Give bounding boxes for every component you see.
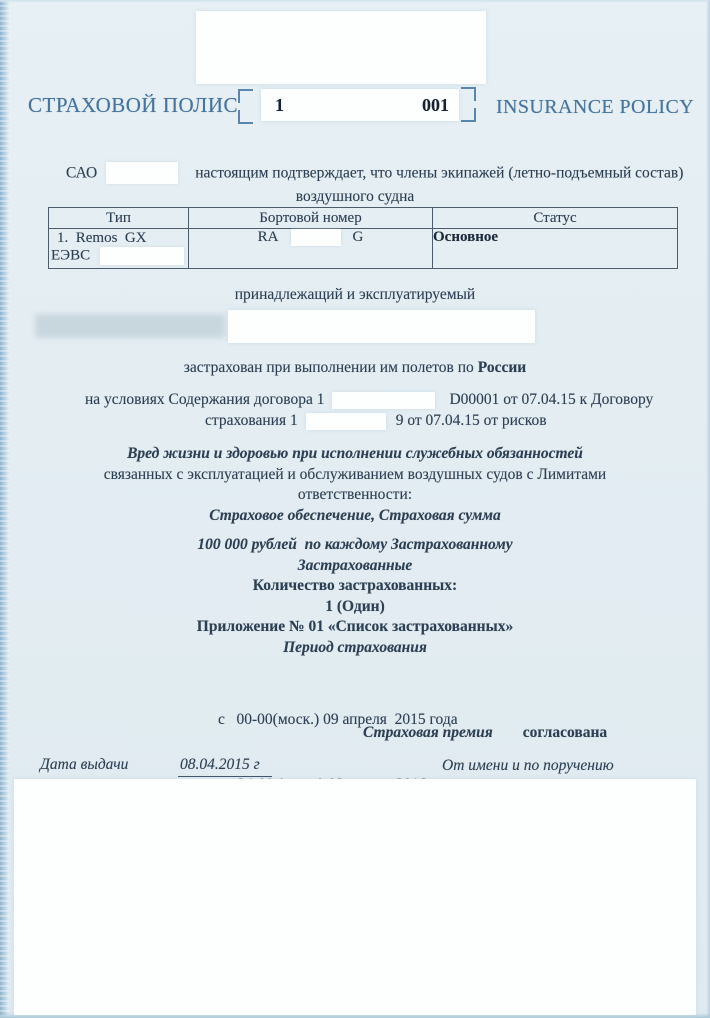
aircraft-type-line2: ЕЭВС (49, 247, 188, 265)
insured-persons-label: Застрахованные (0, 556, 710, 577)
contract-line-1: на условиях Содержания договора 1D00001 … (85, 390, 653, 410)
policy-title-en: INSURANCE POLICY (496, 96, 694, 119)
crop-mark-bottom-right-icon (461, 108, 476, 122)
redaction-box-org-name (106, 162, 178, 184)
insured-flights-line: застрахован при выполнении им полетов по… (0, 358, 710, 378)
risk-description-block: Вред жизни и здоровью при исполнении слу… (0, 444, 710, 526)
intro-line-1-text: настоящим подтверждает, что члены экипаж… (195, 165, 683, 182)
cell-status: Основное (433, 229, 678, 269)
aircraft-type-cert: ЕЭВС (51, 247, 90, 263)
insurance-period-label: Период страхования (0, 638, 710, 659)
redaction-box-top (196, 11, 486, 84)
board-number-suffix: G (353, 229, 364, 245)
contract-line-2-prefix: страхования 1 (205, 412, 298, 429)
issue-date-value: 08.04.2015 г (178, 755, 272, 777)
premium-label: Страховая премия (363, 724, 493, 741)
policy-number-suffix: 001 (422, 95, 449, 116)
risk-line-4: Страховое обеспечение, Страховая сумма (0, 506, 710, 527)
redaction-box-bottom (14, 779, 696, 1015)
redaction-box-type (100, 247, 184, 265)
aircraft-table: Тип Бортовой номер Статус 1. Remos GX ЕЭ… (48, 207, 678, 269)
insured-flights-text: застрахован при выполнении им полетов по (184, 359, 474, 376)
contract-line-1-prefix: на условиях Содержания договора 1 (85, 391, 324, 408)
redaction-box-contract-1 (332, 392, 435, 409)
policy-number-prefix: 1 (275, 95, 284, 116)
insured-count-value: 1 (Один) (0, 597, 710, 618)
insured-count-label: Количество застрахованных: (0, 576, 710, 597)
aircraft-type-line1: 1. Remos GX (49, 229, 188, 247)
risk-line-1: Вред жизни и здоровью при исполнении слу… (0, 444, 710, 465)
redaction-box-board-number (291, 229, 341, 246)
col-header-board-number: Бортовой номер (189, 208, 433, 229)
blurred-owner-name (35, 314, 225, 338)
owned-operated-line: принадлежащий и эксплуатируемый (0, 285, 710, 305)
contract-line-2: страхования 19 от 07.04.15 от рисков (205, 411, 547, 431)
policy-number-box: 1 001 (261, 89, 459, 121)
col-header-status: Статус (433, 208, 678, 229)
on-behalf-label: От имени и по поручению (442, 756, 614, 776)
risk-line-2: связанных с эксплуатацией и обслуживание… (0, 465, 710, 486)
insurance-policy-scan: СТРАХОВОЙ ПОЛИС 1 001 INSURANCE POLICY С… (0, 0, 710, 1018)
premium-value: согласована (523, 724, 607, 741)
crop-mark-top-right-icon (461, 87, 476, 101)
aircraft-table-row: 1. Remos GX ЕЭВС RAG Основное (49, 229, 678, 269)
intro-line-2: воздушного судна (0, 187, 710, 207)
crop-mark-top-left-icon (238, 89, 253, 103)
insurer-org-abbr: САО (66, 165, 97, 182)
contract-line-1-suffix: D00001 от 07.04.15 к Договору (449, 391, 653, 408)
coverage-sum: 100 000 рублей по каждому Застрахованном… (0, 535, 710, 556)
cell-board-number: RAG (189, 229, 433, 269)
cell-aircraft-type: 1. Remos GX ЕЭВС (49, 229, 189, 269)
aircraft-table-header-row: Тип Бортовой номер Статус (49, 208, 678, 229)
top-page-edge (0, 0, 710, 3)
contract-line-2-suffix: 9 от 07.04.15 от рисков (396, 412, 547, 429)
redaction-box-contract-2 (306, 413, 386, 430)
redaction-box-owner (228, 310, 535, 343)
issue-date-label: Дата выдачи (40, 755, 128, 775)
col-header-type: Тип (49, 208, 189, 229)
premium-line: Страховая премиясогласована (363, 723, 607, 743)
coverage-block: 100 000 рублей по каждому Застрахованном… (0, 535, 710, 658)
intro-line-1: САОнастоящим подтверждает, что члены эки… (66, 163, 683, 185)
board-number-prefix: RA (258, 229, 279, 245)
risk-line-3: ответственности: (0, 485, 710, 506)
appendix-reference: Приложение № 01 «Список застрахованных» (0, 617, 710, 638)
insured-country: России (478, 359, 526, 376)
crop-mark-bottom-left-icon (238, 110, 253, 124)
policy-title-ru: СТРАХОВОЙ ПОЛИС (28, 93, 238, 118)
